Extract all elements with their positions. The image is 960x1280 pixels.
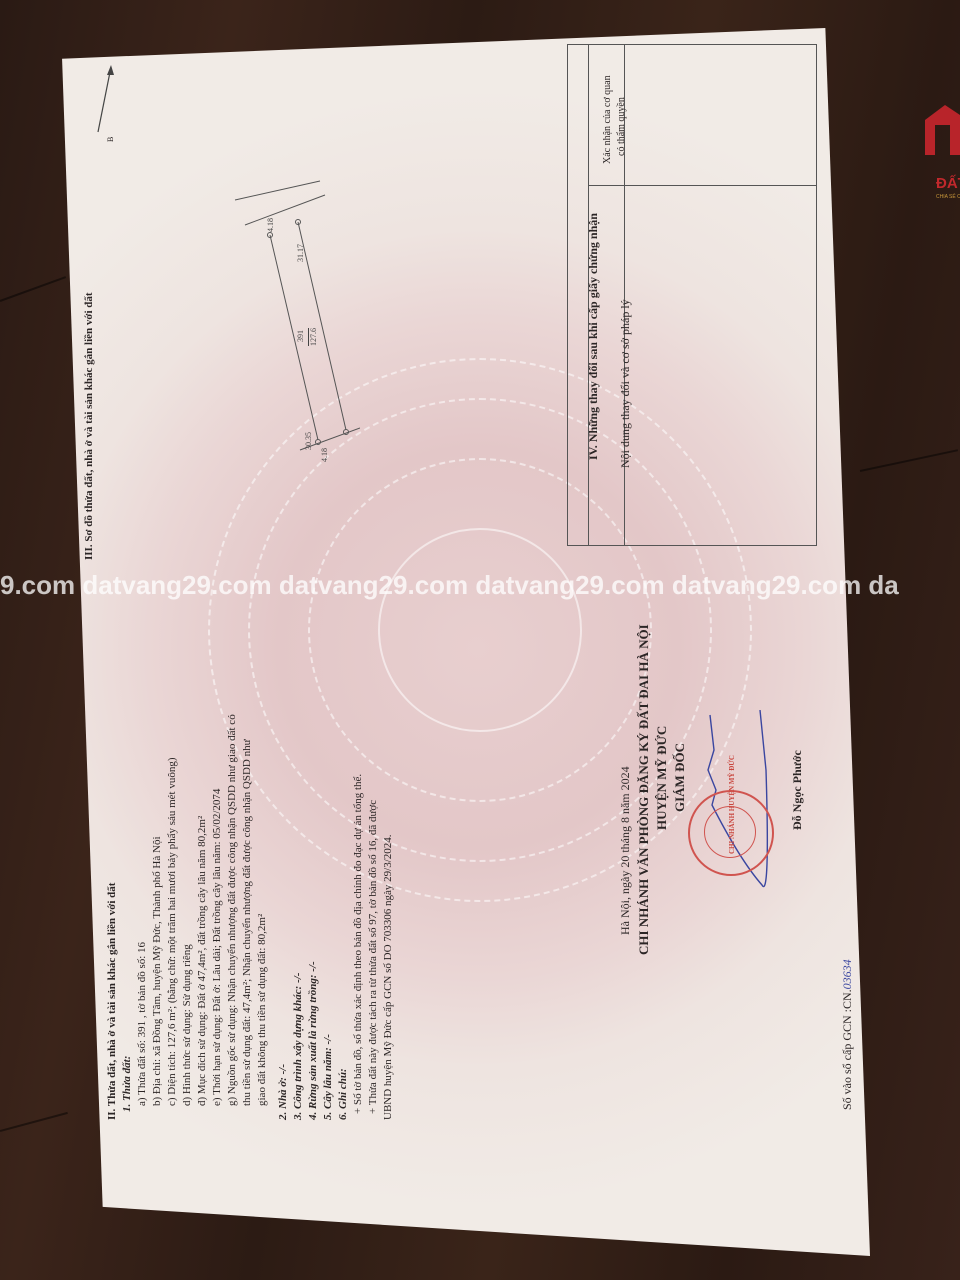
- registry-number: 03634: [840, 959, 854, 989]
- item-forest: 4. Rừng sản xuất là rừng trồng: -/-: [306, 714, 321, 1120]
- item-construction: 3. Công trình xây dựng khác: -/-: [291, 714, 306, 1120]
- stamp-text: CHI NHÁNH HUYỆN MỸ ĐỨC: [728, 755, 736, 854]
- changes-col-confirm: Xác nhận của cơ quan: [600, 75, 615, 164]
- signer-title: GIÁM ĐỐC: [672, 743, 687, 812]
- floor-seam: [0, 1112, 68, 1132]
- item-house: 2. Nhà ở: -/-: [276, 714, 291, 1120]
- parcel-line: a) Thửa đất số: 391 , tờ bản đồ số: 16: [135, 714, 150, 1106]
- section-ii-heading: II. Thửa đất, nhà ở và tài sản khác gắn …: [105, 714, 120, 1120]
- parcel-line: e) Thời hạn sử dụng: Đất ở: Lâu dài; Đất…: [210, 714, 225, 1106]
- north-label: B: [106, 137, 115, 142]
- watermark: 9.com datvang29.com datvang29.com datvan…: [0, 570, 960, 601]
- brand-logo: ĐẤT CHIA SẺ CƠ HỘ: [890, 100, 960, 210]
- parcel-number-label: 391: [296, 330, 305, 342]
- drum-star: [378, 528, 582, 732]
- parcel-line: giao đất không thu tiền sử dụng đất: 80,…: [255, 714, 270, 1106]
- parcel-line: b) Địa chỉ: xã Đồng Tâm, huyện Mỹ Đức, T…: [150, 714, 165, 1106]
- registry-label: Số vào sổ cấp GCN :CN.03634: [840, 959, 855, 1110]
- parcel-line: d) Hình thức sử dụng: Sử dụng riêng: [180, 714, 195, 1106]
- office-district: HUYỆN MỸ ĐỨC: [654, 726, 669, 830]
- date-line: Hà Nội, ngày 20 tháng 8 năm 2024: [618, 766, 633, 935]
- parcel-line: đ) Mục đích sử dụng: Đất ở 47,4m², đất t…: [195, 714, 210, 1106]
- brand-tagline: CHIA SẺ CƠ HỘ: [936, 194, 960, 200]
- edge-left-label: 30.35: [304, 432, 313, 450]
- office-name: CHI NHÁNH VĂN PHÒNG ĐĂNG KÝ ĐẤT ĐAI HÀ N…: [636, 624, 651, 955]
- item-perennial: 5. Cây lâu năm: -/-: [321, 714, 336, 1120]
- note-line: UBND huyện Mỹ Đức cấp GCN số DO 703306 n…: [381, 714, 396, 1120]
- changes-col-content: Nội dung thay đổi và cơ sở pháp lý: [618, 299, 633, 468]
- section-ii: II. Thửa đất, nhà ở và tài sản khác gắn …: [105, 714, 396, 1120]
- north-arrow-icon: [80, 60, 120, 140]
- parcel-line: c) Diện tích: 127,6 m²; (bằng chữ: một t…: [165, 714, 180, 1106]
- brand-name: ĐẤT: [936, 175, 960, 192]
- note-line: + Thửa đất này được tách ra từ thửa đất …: [366, 714, 381, 1120]
- edge-top-label: 4.18: [266, 218, 275, 232]
- section-iv-heading: IV. Những thay đổi sau khi cấp giấy chứn…: [586, 213, 601, 460]
- edge-bottom-label: 4.18: [320, 448, 329, 462]
- section-iii-heading: III. Sơ đồ thửa đất, nhà ở và tài sản kh…: [82, 292, 97, 560]
- signer-name: Đỗ Ngọc Phước: [790, 750, 805, 830]
- note-line: + Số tờ bản đồ, số thửa xác định theo bả…: [351, 714, 366, 1120]
- edge-right-label: 31.17: [296, 244, 305, 262]
- parcel-area-label: 127.6: [308, 328, 318, 346]
- parcel-line: g) Nguồn gốc sử dụng: Nhận chuyển nhượng…: [225, 714, 240, 1106]
- official-stamp: CHI NHÁNH HUYỆN MỸ ĐỨC: [688, 790, 774, 876]
- parcel-line: thu tiền sử dụng đất: 47,4m²; Nhận chuyể…: [240, 714, 255, 1106]
- plot-diagram: [230, 180, 360, 480]
- registry-label-text: Số vào sổ cấp GCN :CN.: [840, 989, 854, 1110]
- parcel-details: a) Thửa đất số: 391 , tờ bản đồ số: 16 b…: [135, 714, 270, 1120]
- item-notes: 6. Ghi chú:: [336, 714, 351, 1120]
- changes-col-confirm: có thẩm quyền: [614, 97, 629, 156]
- floor-seam: [860, 449, 958, 472]
- parcel-heading: 1. Thửa đất:: [120, 714, 135, 1120]
- floor-seam: [0, 276, 66, 302]
- house-logo-icon: [920, 100, 960, 160]
